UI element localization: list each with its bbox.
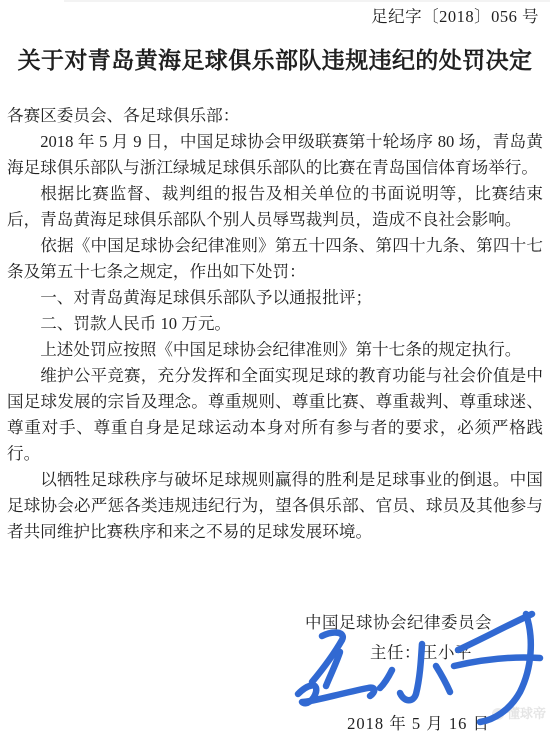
paragraph-legal-basis: 依据《中国足球协会纪律准则》第五十四条、第四十九条、第四十七条及第五十七条之规定… <box>7 233 543 285</box>
paragraph-violation: 根据比赛监督、裁判组的报告及相关单位的书面说明等，比赛结束后，青岛黄海足球俱乐部… <box>7 181 543 233</box>
penalty-item-1: 一、对青岛黄海足球俱乐部队予以通报批评； <box>7 285 543 311</box>
paragraph-execution: 上述处罚应按照《中国足球协会纪律准则》第十七条的规定执行。 <box>7 337 543 363</box>
doc-number: 足纪字〔2018〕056 号 <box>0 0 550 27</box>
paragraph-principles: 维护公平竞赛，充分发挥和全面实现足球的教育功能与社会价值是中国足球发展的宗旨及理… <box>7 363 543 467</box>
paragraph-match-info: 2018 年 5 月 9 日，中国足球协会甲级联赛第十轮场序 80 场，青岛黄海… <box>7 129 543 181</box>
document-body: 各赛区委员会、各足球俱乐部： 2018 年 5 月 9 日，中国足球协会甲级联赛… <box>0 103 550 545</box>
penalty-item-2: 二、罚款人民币 10 万元。 <box>7 311 543 337</box>
closing-block: 中国足球协会纪律委员会 主任：王小平 2018 年 5 月 16 日 懂球帝 <box>0 604 550 746</box>
paragraph-warning: 以牺牲足球秩序与破坏足球规则赢得的胜利是足球事业的倒退。中国足球协会必严惩各类违… <box>7 467 543 545</box>
document-title: 关于对青岛黄海足球俱乐部队违规违纪的处罚决定 <box>0 46 550 76</box>
document-page: 足纪字〔2018〕056 号 关于对青岛黄海足球俱乐部队违规违纪的处罚决定 各赛… <box>0 0 550 746</box>
page-top-edge-strip <box>64 0 550 2</box>
handwritten-signature <box>288 608 550 730</box>
salutation: 各赛区委员会、各足球俱乐部： <box>7 103 543 129</box>
